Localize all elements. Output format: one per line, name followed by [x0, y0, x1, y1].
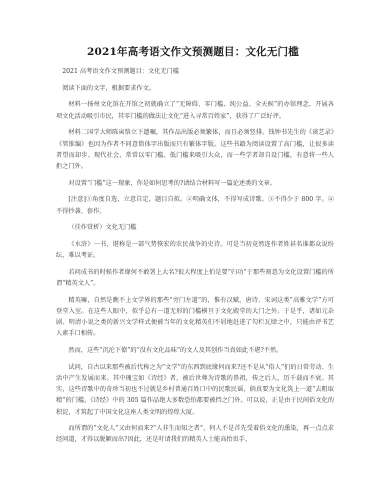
instruction-line: 阅读下面的文字，根据要求作文。 — [56, 83, 334, 94]
essay-paragraph: 试问，自古以来那些被后代称之为“文学”的东西到底缘何而来?还不是从“俗人”们的日… — [56, 362, 334, 418]
document-title: 2021年高考语文作文预测题目：文化无门槛 — [0, 44, 386, 59]
material-one-paragraph: 材料一扬州文化馆在开馆之初就确立了“无障碍、零门槛、纯公益、全天候”的办馆理念，… — [56, 99, 334, 121]
prompt-paragraph: 对设置“门槛”这一现象，你是如何思考的?请结合材料写一篇论述类的文章。 — [56, 178, 334, 189]
essay-paragraph: 《水浒》一书，堪称是一部气势恢宏的农民战争的史诗。可是当初竟然连作者姓甚名谁都众… — [56, 239, 334, 261]
subtitle-line: 2021 高考语文作文预测题目：文化无门槛 — [56, 66, 334, 77]
material-two-paragraph: 材料二国学大师陈寅恪立下遗嘱，其作品出版必须繁体，而且必须竖排。钱钟书先生的《谈… — [56, 127, 334, 172]
notes-paragraph: [注意]①角度自选，立意自定，题目自拟。②明确文体，不得写成诗歌。③不得少于 8… — [56, 194, 334, 216]
essay-paragraph: 而所谓的“文化人”又由何而来?“人非生而知之者”，何人不是首先受着俗文化的熏染，… — [56, 423, 334, 445]
document-page: 2021年高考语文作文预测题目：文化无门槛 2021 高考语文作文预测题目：文化… — [0, 0, 386, 500]
essay-paragraph: 然而，这些“沉沦下僚”的“没有文化品味”的文人及其创作当真如此不堪?不然。 — [56, 345, 334, 356]
sample-essay-heading: （佳作赏析）文化无门槛 — [56, 222, 334, 233]
document-body: 2021 高考语文作文预测题目：文化无门槛 阅读下面的文字，根据要求作文。 材料… — [56, 66, 334, 451]
essay-paragraph: 精英嘛，自然是瞧不上文学界的那些“旁门左道”的，惟有汉赋、唐诗、宋词这类“高雅文… — [56, 295, 334, 340]
essay-paragraph: 若问成书的时候作者缘何不敢署上大名?很大程度上怕是要“归功”于那些刻意为文化设置… — [56, 267, 334, 289]
